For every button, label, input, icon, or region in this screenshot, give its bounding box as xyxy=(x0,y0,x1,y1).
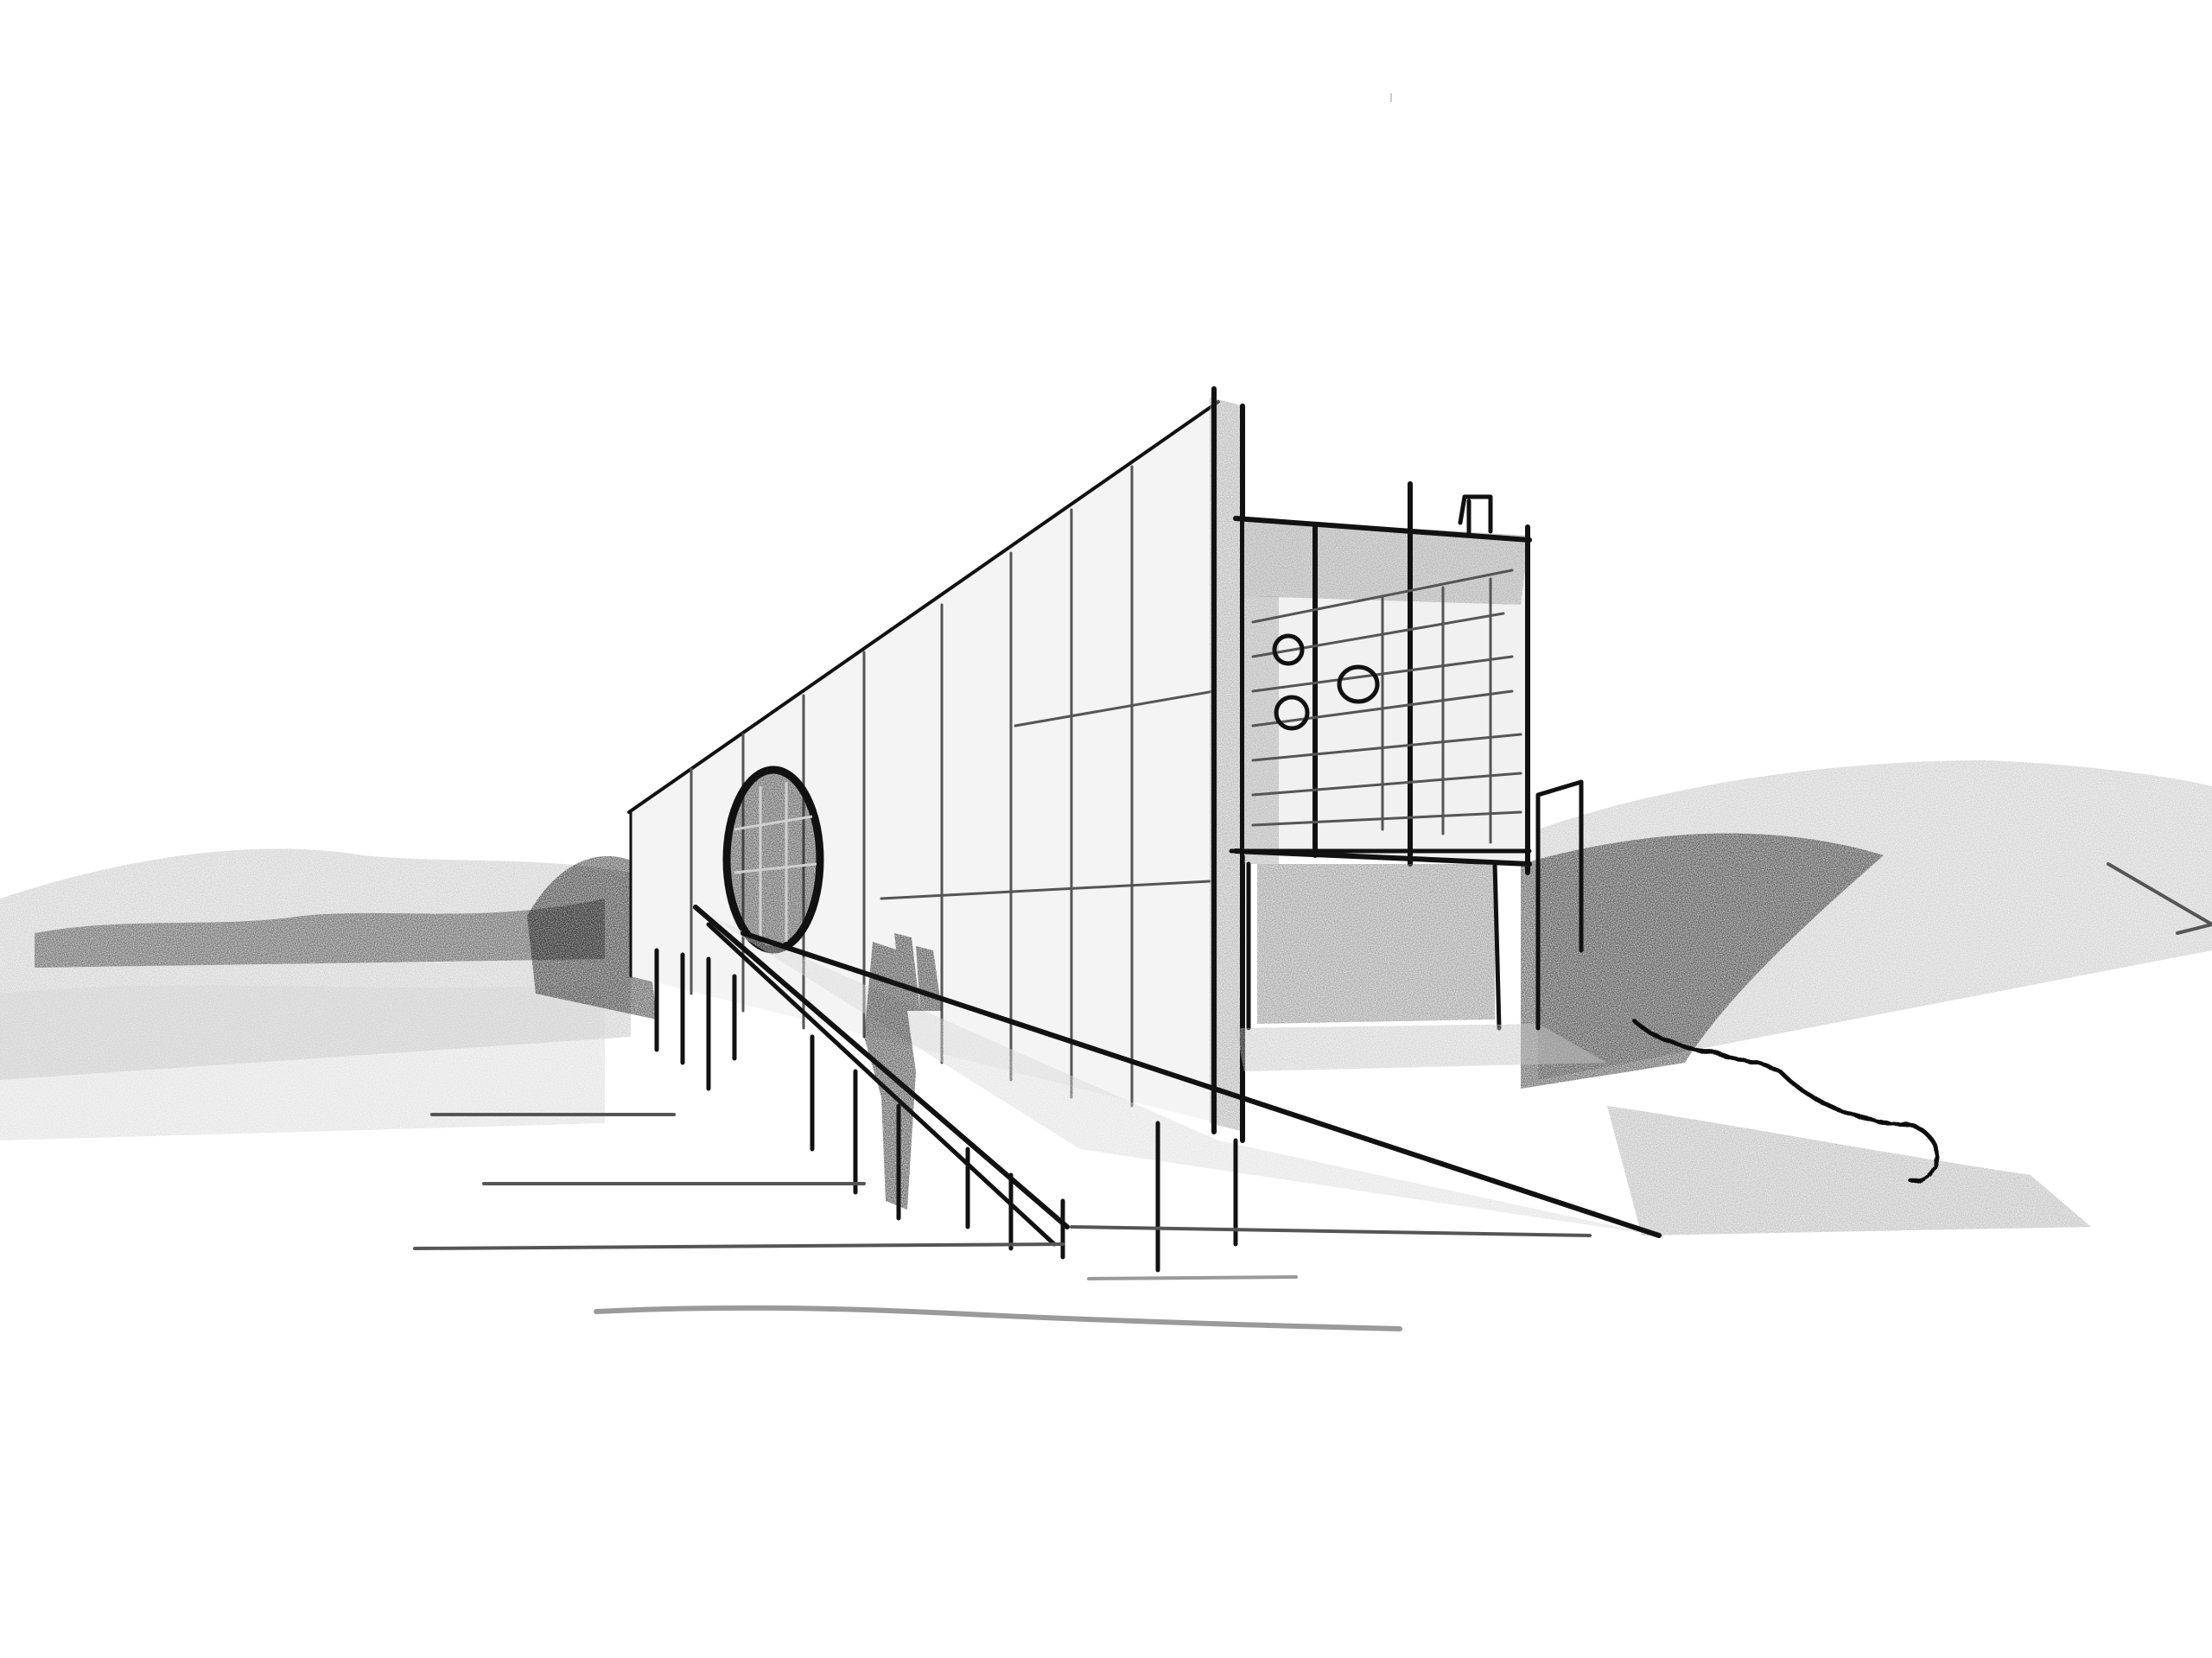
walking-figures xyxy=(864,933,942,1210)
architectural-sketch xyxy=(0,0,2212,1658)
round-window xyxy=(727,770,820,950)
rooftop-structure xyxy=(1460,497,1491,536)
ground-lines xyxy=(415,1115,1590,1329)
rolling-hills-right xyxy=(1521,760,2212,1236)
rolling-hills-left xyxy=(0,848,631,1140)
